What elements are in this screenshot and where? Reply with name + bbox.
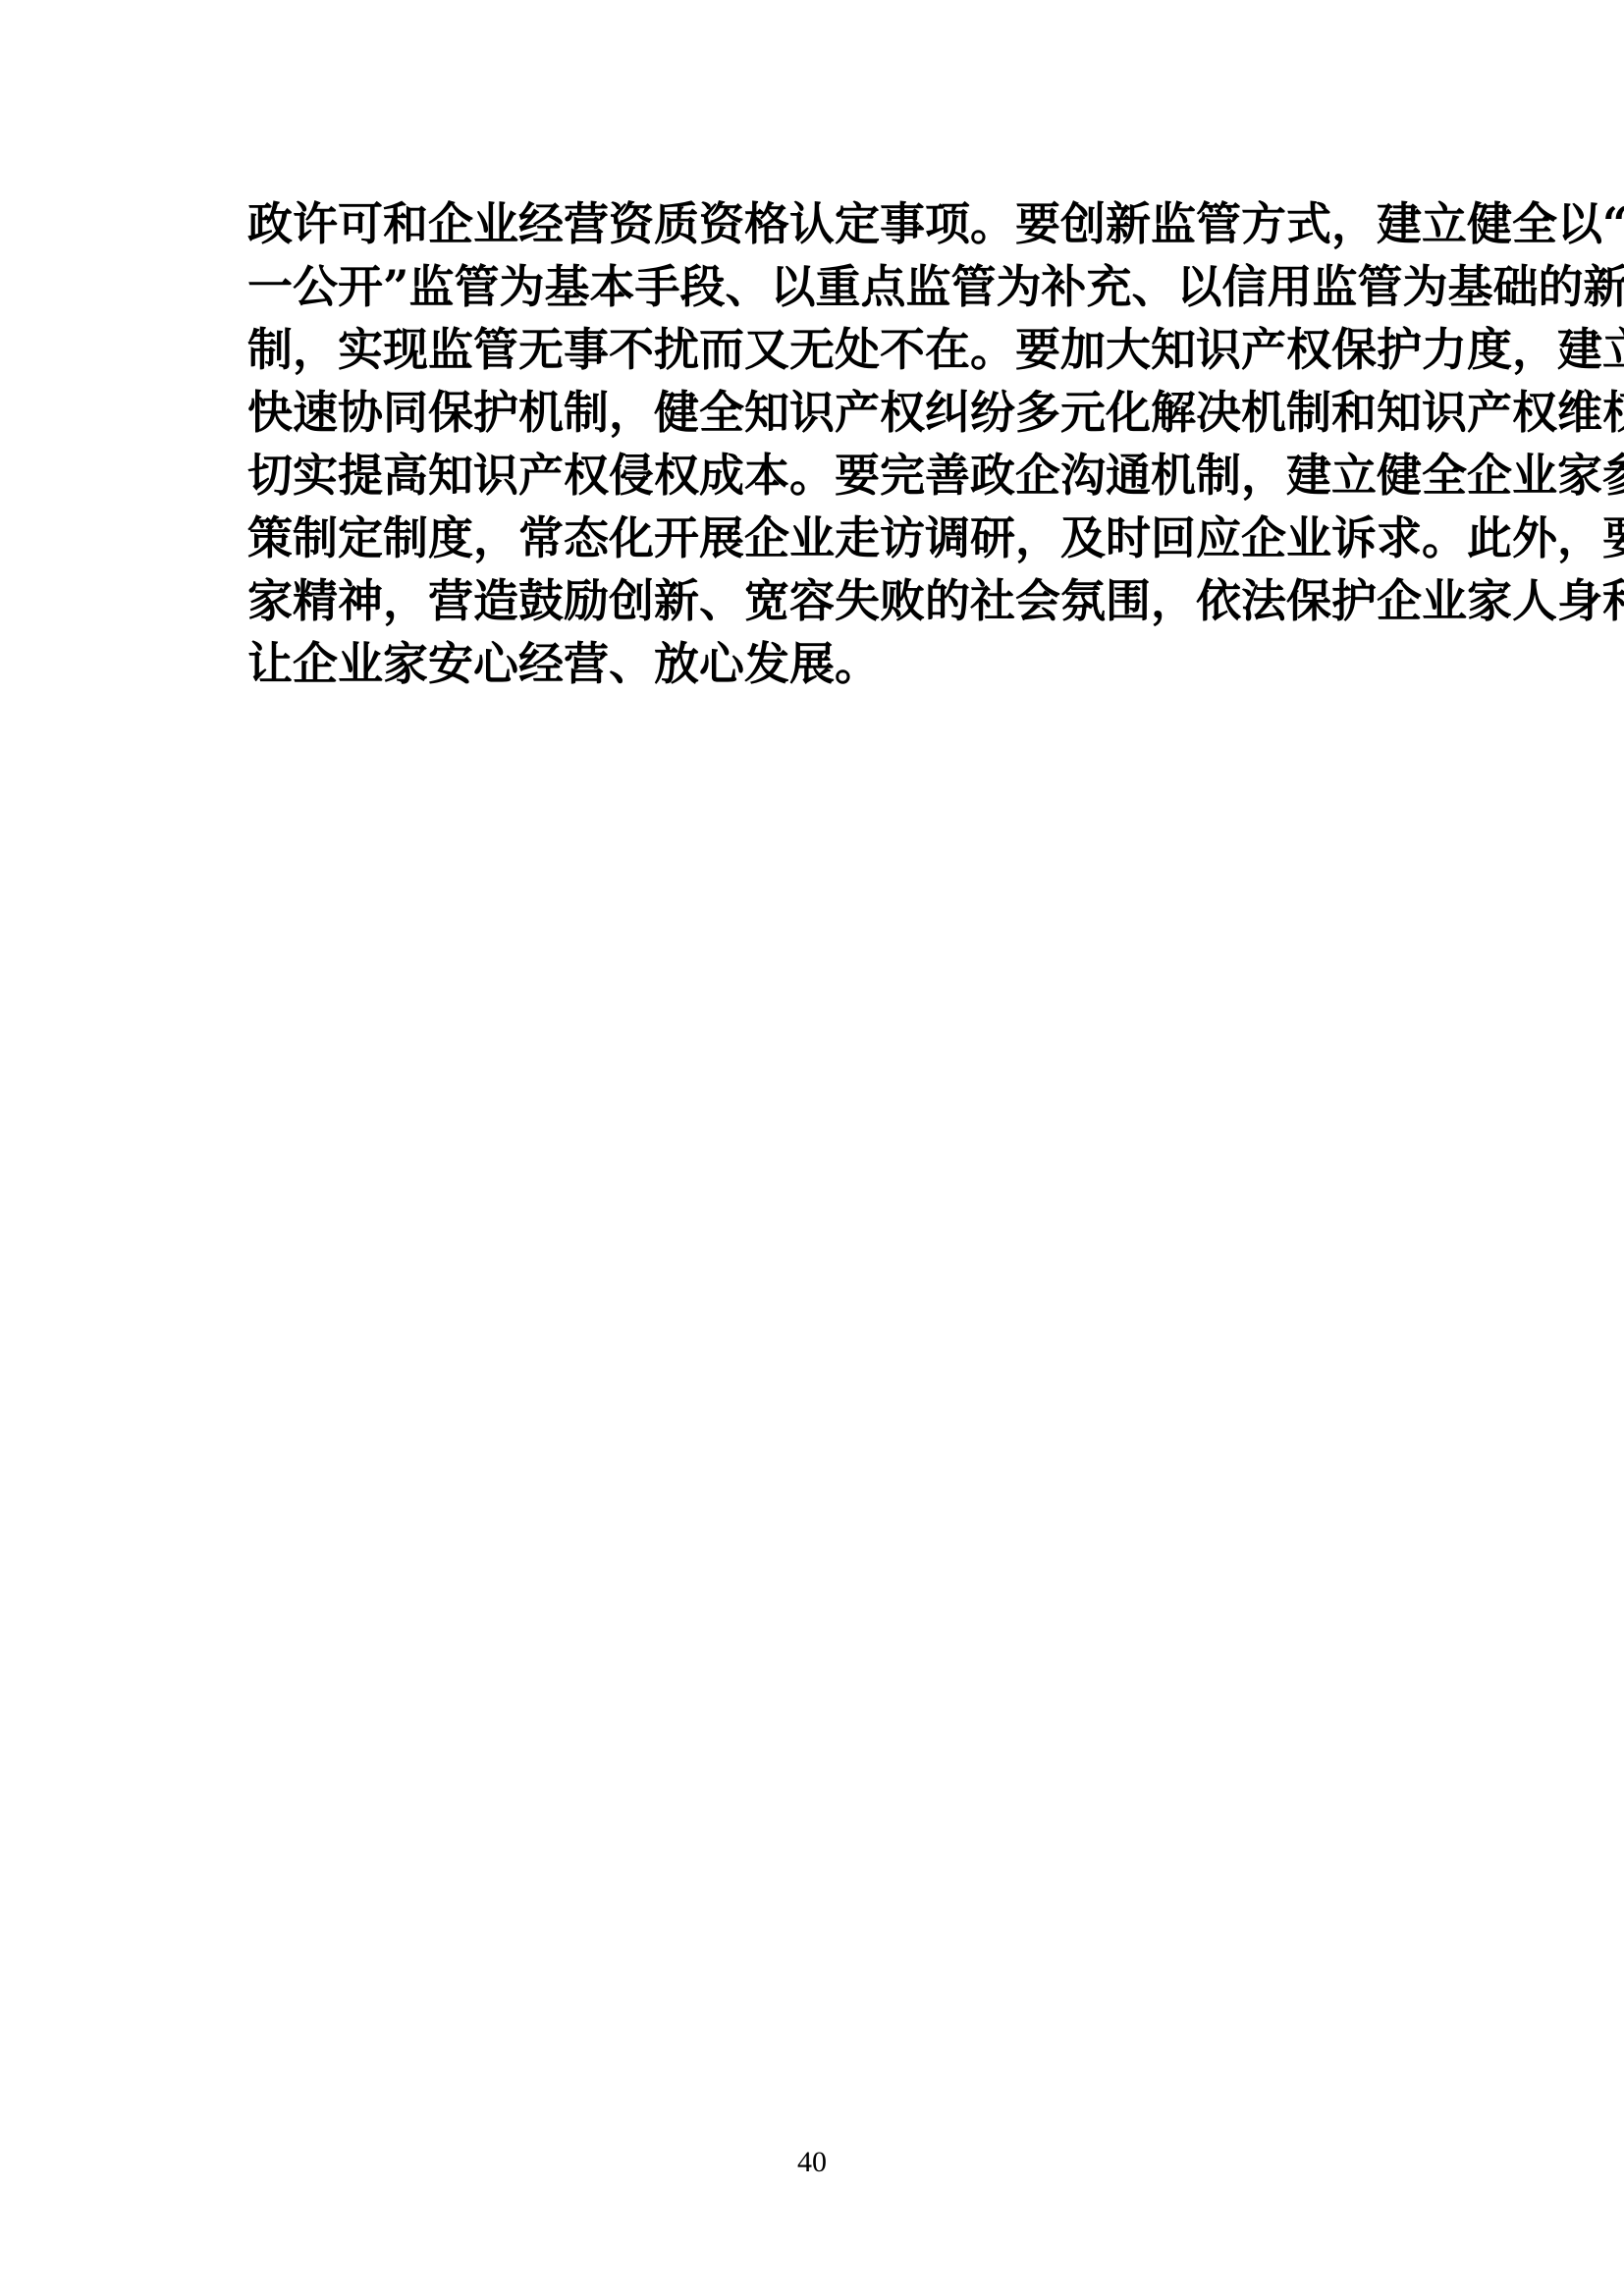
paragraph-line: 政许可和企业经营资质资格认定事项。要创新监管方式，建立健全以“双随机、	[247, 192, 1379, 255]
paragraph-line: 家精神，营造鼓励创新、宽容失败的社会氛围，依法保护企业家人身和财产安全，	[247, 569, 1379, 632]
paragraph-line: 一公开”监管为基本手段、以重点监管为补充、以信用监管为基础的新型监管机	[247, 255, 1379, 318]
document-page: 政许可和企业经营资质资格认定事项。要创新监管方式，建立健全以“双随机、 一公开”…	[0, 0, 1624, 2296]
paragraph-line: 切实提高知识产权侵权成本。要完善政企沟通机制，建立健全企业家参与涉企政	[247, 444, 1379, 507]
body-paragraph: 政许可和企业经营资质资格认定事项。要创新监管方式，建立健全以“双随机、 一公开”…	[247, 192, 1386, 695]
paragraph-line: 制，实现监管无事不扰而又无处不在。要加大知识产权保护力度，建立知识产权	[247, 318, 1379, 381]
paragraph-line: 策制定制度，常态化开展企业走访调研，及时回应企业诉求。此外，要弘扬企业	[247, 507, 1379, 569]
paragraph-line-last: 让企业家安心经营、放心发展。	[247, 632, 1386, 695]
page-number: 40	[0, 2146, 1624, 2179]
paragraph-line: 快速协同保护机制，健全知识产权纠纷多元化解决机制和知识产权维权援助机制，	[247, 381, 1379, 444]
